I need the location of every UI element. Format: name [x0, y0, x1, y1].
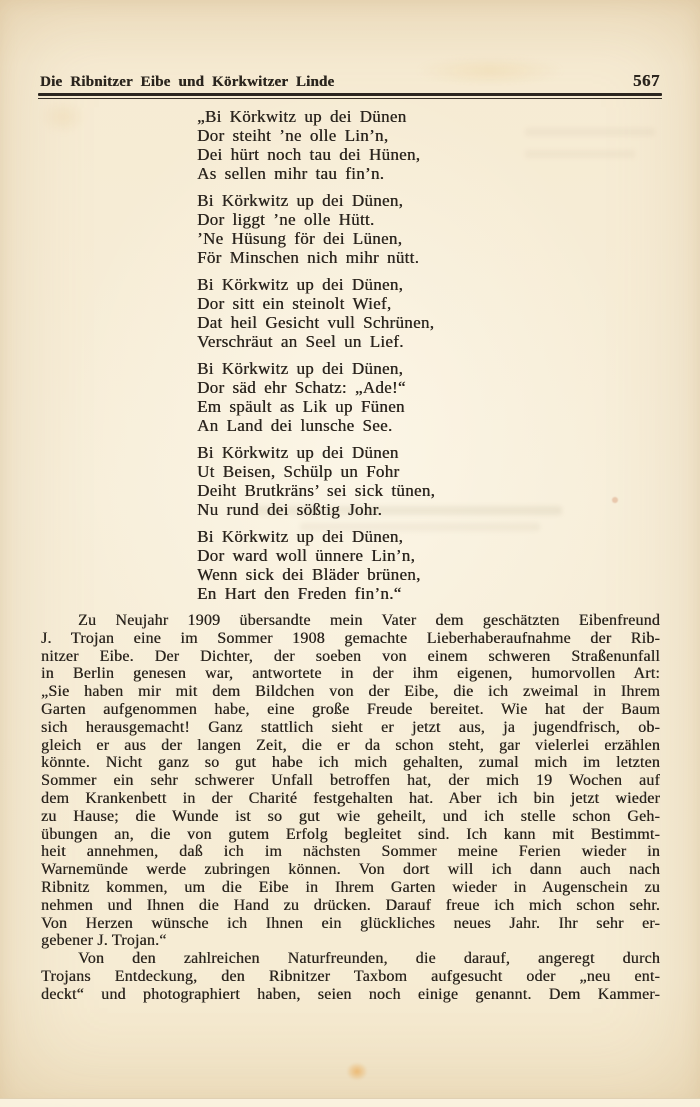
poem-line: Bi Körkwitz up dei Dünen, [197, 191, 435, 210]
paper-stain [40, 100, 86, 134]
paragraph-line: heit annehmen, daß ich im nächsten Somme… [41, 843, 660, 861]
paragraph-line: zu Hause; die Wunde ist so gut wie gehei… [41, 808, 660, 826]
poem-line: Verschräut an Seel un Lief. [197, 332, 435, 351]
scan-bottom-edge [0, 1098, 700, 1107]
poem-line: Bi Körkwitz up dei Dünen, [197, 275, 435, 294]
running-header-title: Die Ribnitzer Eibe und Körkwitzer Linde [40, 74, 334, 91]
paragraph-line: nehmen und Ihnen die Hand zu drücken. Da… [41, 897, 660, 915]
poem-stanza: Bi Körkwitz up dei Dünen, Dor sitt ein s… [197, 275, 435, 351]
poem-line: Dor ward woll ünnere Lin’n, [197, 546, 435, 565]
poem-line: Dat heil Gesicht vull Schrünen, [197, 313, 435, 332]
paragraph-line: sich herausgemacht! Ganz stattlich sieht… [41, 719, 660, 737]
poem-line: Dor liggt ’ne olle Hütt. [197, 210, 435, 229]
poem-line: Em späult as Lik up Fünen [197, 397, 435, 416]
paper-stain [347, 1063, 367, 1080]
paragraph-line: dem Krankenbett in der Charité festgehal… [41, 790, 660, 808]
paragraph-line: nitzer Eibe. Der Dichter, der soeben von… [41, 648, 660, 666]
poem: „Bi Körkwitz up dei Dünen Dor steiht ’ne… [197, 107, 435, 611]
paragraph-line: gleich er aus der langen Zeit, die er da… [41, 737, 660, 755]
poem-stanza: Bi Körkwitz up dei Dünen, Dor säd ehr Sc… [197, 359, 435, 435]
paragraph: Von den zahlreichen Naturfreunden, die d… [41, 950, 660, 1003]
poem-line: Bi Körkwitz up dei Dünen [197, 443, 435, 462]
poem-line: Deiht Brutkräns’ sei sick tünen, [197, 481, 435, 500]
body-text: Zu Neujahr 1909 übersandte mein Vater de… [41, 612, 660, 1004]
poem-line: För Minschen nich mihr nütt. [197, 248, 435, 267]
poem-line: Ut Beisen, Schülp un Fohr [197, 462, 435, 481]
header-rule-thick [38, 93, 662, 96]
page-number: 567 [633, 71, 660, 91]
paragraph-line: Trojans Entdeckung, den Ribnitzer Taxbom… [41, 968, 660, 986]
poem-line: As sellen mihr tau fin’n. [197, 164, 435, 183]
show-through-smudge [525, 128, 655, 136]
paragraph-line: Ribnitz kommen, um die Eibe in Ihrem Gar… [41, 879, 660, 897]
poem-stanza: Bi Körkwitz up dei Dünen, Dor liggt ’ne … [197, 191, 435, 267]
paragraph-line: Garten aufgenommen habe, eine große Freu… [41, 701, 660, 719]
running-header: Die Ribnitzer Eibe und Körkwitzer Linde … [40, 71, 660, 91]
poem-line: Nu rund dei sößtig Johr. [197, 500, 435, 519]
poem-line: ’Ne Hüsung för dei Lünen, [197, 229, 435, 248]
paragraph: Zu Neujahr 1909 übersandte mein Vater de… [41, 612, 660, 950]
paragraph-line: Zu Neujahr 1909 übersandte mein Vater de… [41, 612, 660, 630]
poem-stanza: „Bi Körkwitz up dei Dünen Dor steiht ’ne… [197, 107, 435, 183]
poem-line: Dor säd ehr Schatz: „Ade!“ [197, 378, 435, 397]
poem-line: Bi Körkwitz up dei Dünen, [197, 527, 435, 546]
poem-line: Dor sitt ein steinolt Wief, [197, 294, 435, 313]
poem-line: Dei hürt noch tau dei Hünen, [197, 145, 435, 164]
paragraph-line: Sommer ein sehr schwerer Unfall betroffe… [41, 772, 660, 790]
paragraph-line: übungen an, die von gutem Erfolg begleit… [41, 826, 660, 844]
poem-line: „Bi Körkwitz up dei Dünen [197, 107, 435, 126]
poem-line: En Hart den Freden fin’n.“ [197, 584, 435, 603]
paragraph-line: Von den zahlreichen Naturfreunden, die d… [41, 950, 660, 968]
poem-stanza: Bi Körkwitz up dei Dünen Ut Beisen, Schü… [197, 443, 435, 519]
poem-stanza: Bi Körkwitz up dei Dünen, Dor ward woll … [197, 527, 435, 603]
paragraph-line: J. Trojan eine im Sommer 1908 gemachte L… [41, 630, 660, 648]
poem-line: An Land dei lunsche See. [197, 416, 435, 435]
paper-stain [612, 497, 618, 503]
paragraph-line: Warnemünde werde zubringen können. Von d… [41, 861, 660, 879]
paragraph-line: deckt“ und photographiert haben, seien n… [41, 986, 660, 1004]
book-page-scan: Die Ribnitzer Eibe und Körkwitzer Linde … [0, 0, 700, 1107]
show-through-smudge [525, 150, 635, 158]
paragraph-line: Von Herzen wünsche ich Ihnen ein glückli… [41, 915, 660, 933]
paragraph-line: gebener J. Trojan.“ [41, 932, 660, 950]
header-rule-thin [38, 98, 662, 99]
paragraph-line: in Berlin genesen war, antwortete in der… [41, 665, 660, 683]
poem-line: Wenn sick dei Bläder brünen, [197, 565, 435, 584]
poem-line: Dor steiht ’ne olle Lin’n, [197, 126, 435, 145]
paragraph-line: könnte. Nicht ganz so gut habe ich mich … [41, 754, 660, 772]
poem-line: Bi Körkwitz up dei Dünen, [197, 359, 435, 378]
paragraph-line: „Sie haben mir mit dem Bildchen von der … [41, 683, 660, 701]
